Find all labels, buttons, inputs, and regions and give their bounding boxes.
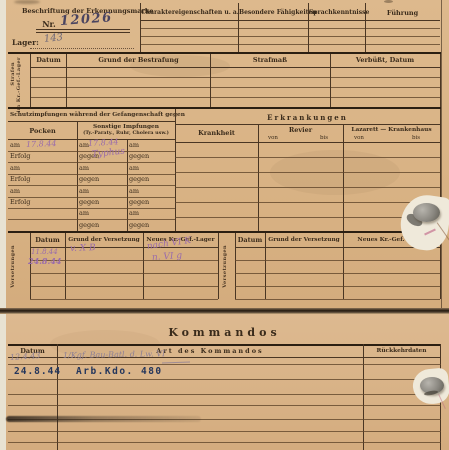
section-border [8,107,441,109]
vacc-cell: am [129,164,139,172]
rule-line [235,299,440,300]
vacc-cell: am [10,187,20,195]
scanned-pow-card: Beschriftung der Erkennungsmarke Nr. 120… [0,0,449,450]
vacc-cell: am [10,141,20,149]
vacc-cell: am [79,187,89,195]
vacc-cell: am [79,209,89,217]
vacc-cell: gegen [79,198,99,206]
rule-line [8,219,175,220]
divider-line [258,124,259,231]
transfers-side-label: Versetzungen [222,245,228,288]
rule-line [175,187,440,188]
traits-col-sprachen: Sprachkenntnisse [309,10,365,17]
traits-col-faehigkeiten: Besondere Fähigkeiten [239,10,308,17]
vacc-date-handwritten: 17.8.44 [88,137,119,148]
rule-line [8,162,175,163]
kommando-type-handwritten: 1/Kgf. Bau-Batl. d. Lw. VI [63,349,165,360]
transfer-reason-handwritten: v. X B [70,243,96,254]
punishments-col-datum: Datum [30,57,67,64]
punishments-col-verbuesst: Verbüßt, Datum [330,57,440,64]
divider-line [77,121,78,231]
transfer-date-handwritten: 11.8.44 [31,248,58,256]
rule-line [175,124,440,125]
rule-line [141,36,440,37]
rule-line [8,185,175,186]
punishments-col-grund: Grund der Bestrafung [67,57,210,64]
illness-col-krankheit: Krankheit [175,130,258,137]
camp-dotted-rule [30,48,134,49]
vacc-cell: Erfolg [10,152,30,160]
illness-von-label: von [354,135,364,141]
section-border [8,231,441,233]
divider-line [238,3,239,52]
divider-line [363,344,364,450]
transfers-col-datum: Datum [30,237,65,244]
rule-line [30,286,218,287]
divider-line [66,54,67,107]
illness-bis-label: bis [412,135,420,141]
rule-line [175,202,440,203]
rule-line [8,394,441,395]
vaccinations-col-sonstige-sub: (Ty.-Paraty., Ruhr, Cholera usw.) [77,131,175,136]
rule-line [30,247,218,248]
section-border [8,344,441,346]
kommandos-title: Kommandos [8,327,441,339]
rule-line [30,87,440,88]
rule-line [175,172,440,173]
punishments-side-label: im Kr.-Gef.-Lager [16,57,22,112]
divider-line [57,344,58,450]
rule-line [141,28,440,29]
vacc-cell: Erfolg [10,198,30,206]
kommandos-col-rueckkehr: Rückkehrdaten [363,348,440,354]
transfer-date-handwritten: 24.8.44 [28,256,61,266]
camp-label: Lager: [12,39,38,47]
vacc-cell: gegen [129,152,149,160]
rule-line [175,142,440,143]
divider-line [30,54,31,107]
hole-grommet-top [413,203,440,222]
vacc-cell: Erfolg [10,175,30,183]
rule-line [175,157,440,158]
divider-line [330,54,331,107]
rule-line [235,273,440,274]
erased-smudge [6,416,201,422]
divider-line [218,233,219,299]
divider-line [343,124,344,231]
id-number-rule [36,29,130,30]
section-border [8,52,441,54]
illness-col-revier: Revier [258,127,343,134]
rule-line [141,44,440,45]
vacc-cell: am [79,164,89,172]
rule-line [8,364,441,365]
traits-col-charakter: Charaktereigenschaften u. a. [141,10,238,17]
vacc-cell: gegen [79,221,99,229]
divider-line [308,3,309,52]
card-edge-line [441,0,442,308]
rule-line [235,260,440,261]
vacc-cell: gegen [129,221,149,229]
vacc-cell: am [129,187,139,195]
vaccinations-col-pocken: Pocken [8,128,77,135]
rule-line [8,379,441,380]
rule-line [8,405,441,406]
vacc-cell: gegen [129,198,149,206]
illness-title: Erkrankungen [175,114,440,122]
vacc-cell: gegen [129,175,149,183]
vaccinations-title: Schutzimpfungen während der Gefangenscha… [10,112,173,118]
transfers-col-grund: Grund der Versetzung [65,237,143,243]
illness-col-lazarett: Lazarett — Krankenhaus [343,127,440,133]
rule-line [30,77,440,78]
rule-line [8,442,441,443]
divider-line [175,109,176,231]
kommando-type-stamp: Arb.Kdo. 480 [76,366,163,377]
vacc-cell: gegen [79,175,99,183]
rule-line [235,247,440,248]
rule-line [175,217,440,218]
rule-line [8,121,175,122]
camp-number-value: 143 [43,32,63,45]
traits-col-fuehrung: Führung [366,10,439,17]
illness-bis-label: bis [320,135,328,141]
rule-line [30,67,440,68]
rule-line [30,299,218,300]
vacc-cell: am [129,141,139,149]
vacc-date-handwritten: 17.8.44 [26,139,57,149]
transfers-col-grund: Grund der Versetzung [265,237,343,243]
rule-line [8,431,441,432]
transfers-col-datum: Datum [235,237,265,244]
rule-line [141,20,440,21]
rule-line [30,273,218,274]
divider-line [365,3,366,52]
id-number-label: Nr. [42,20,56,29]
transfers-side-label: Versetzungen [10,245,16,288]
punishments-col-strafmass: Strafmaß [210,57,330,64]
rule-line [8,208,175,209]
rule-line [235,286,440,287]
vacc-cell: am [10,164,20,172]
illness-von-label: von [268,135,278,141]
divider-line [440,54,441,107]
divider-line [210,54,211,107]
vacc-cell: am [129,209,139,217]
kommando-date-stamp: 24.8.44 [14,366,61,377]
transfer-newcamp-handwritten: n. VI g [152,251,183,263]
rule-line [30,97,440,98]
